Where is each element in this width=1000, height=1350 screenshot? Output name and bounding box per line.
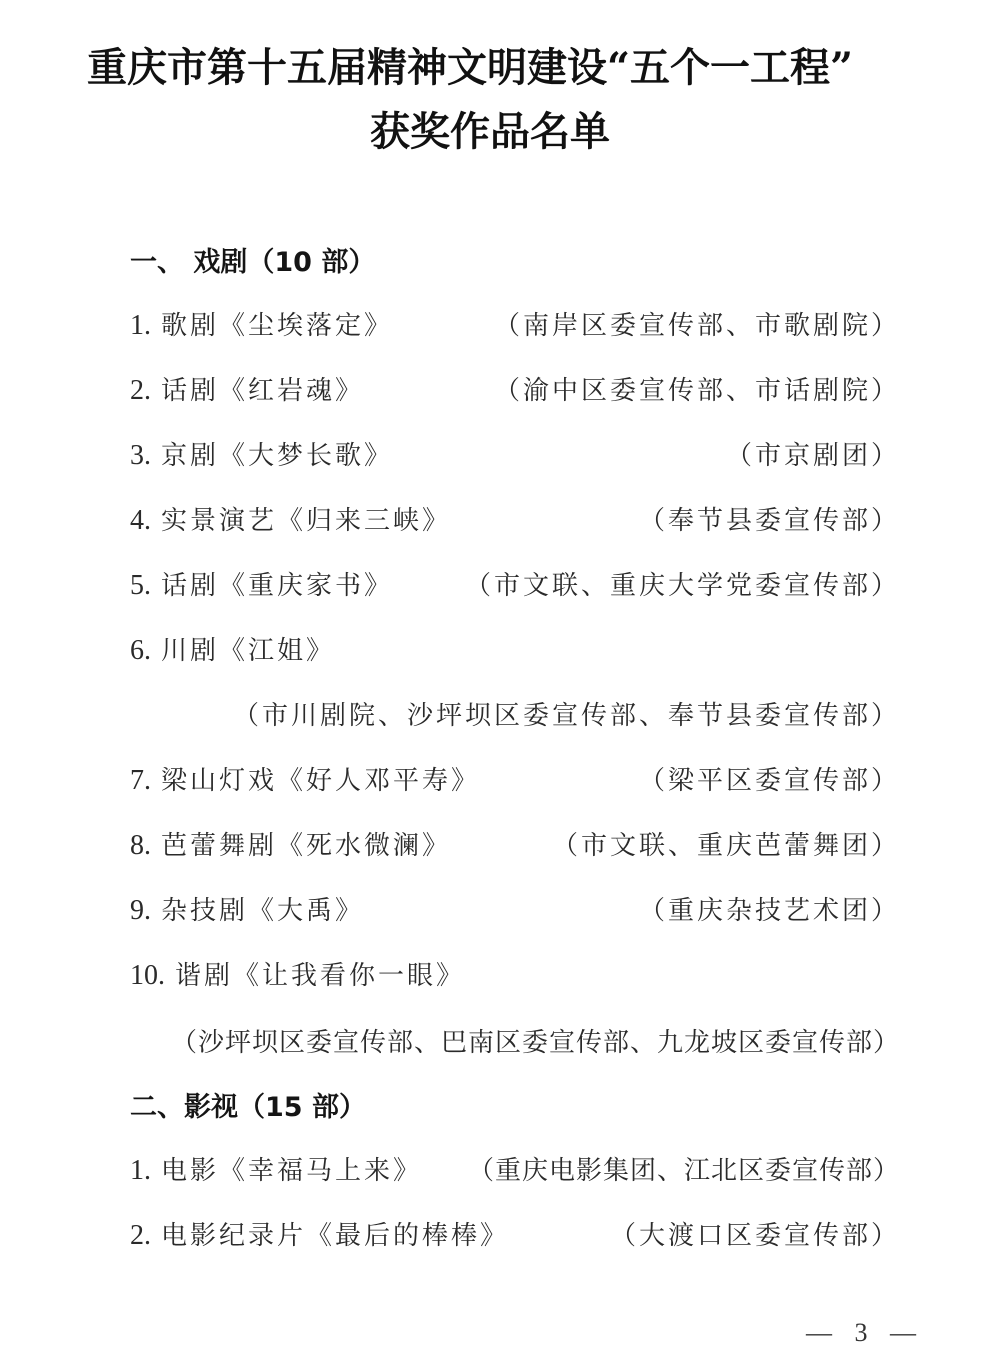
work-title: 电影纪录片《最后的棒棒》 <box>161 1221 509 1251</box>
organization: （奉节县委宣传部） <box>639 500 900 537</box>
organization: （梁平区委宣传部） <box>639 760 900 797</box>
organization: （市川剧院、沙坪坝区委宣传部、奉节县委宣传部） <box>233 695 900 732</box>
list-item: 5.话剧《重庆家书》 （市文联、重庆大学党委宣传部） <box>130 565 900 605</box>
list-item: 2.话剧《红岩魂》 （渝中区委宣传部、市话剧院） <box>130 370 900 410</box>
list-item: 8.芭蕾舞剧《死水微澜》 （市文联、重庆芭蕾舞团） <box>130 825 900 865</box>
list-item: 1.电影《幸福马上来》 （重庆电影集团、江北区委宣传部） <box>130 1150 900 1190</box>
list-item: 2.电影纪录片《最后的棒棒》 （大渡口区委宣传部） <box>130 1215 900 1255</box>
item-number: 1. <box>130 310 151 341</box>
list-item: 6.川剧《江姐》 <box>130 630 900 670</box>
work-title: 京剧《大梦长歌》 <box>161 441 393 471</box>
work-title: 芭蕾舞剧《死水微澜》 <box>161 831 451 861</box>
item-number: 9. <box>130 895 151 926</box>
organization: （重庆杂技艺术团） <box>639 890 900 927</box>
item-number: 3. <box>130 440 151 471</box>
work-title: 杂技剧《大禹》 <box>161 896 364 926</box>
work-title: 川剧《江姐》 <box>161 636 335 666</box>
item-number: 4. <box>130 505 151 536</box>
list-item: 4.实景演艺《归来三峡》 （奉节县委宣传部） <box>130 500 900 540</box>
item-number: 5. <box>130 570 151 601</box>
list-item: 7.梁山灯戏《好人邓平寿》 （梁平区委宣传部） <box>130 760 900 800</box>
organization: （渝中区委宣传部、市话剧院） <box>494 370 900 407</box>
organization: （市文联、重庆大学党委宣传部） <box>465 565 900 602</box>
work-title: 梁山灯戏《好人邓平寿》 <box>161 766 480 796</box>
organization: （重庆电影集团、江北区委宣传部） <box>468 1150 900 1187</box>
item-number: 2. <box>130 1220 151 1251</box>
section-heading-drama: 一、 戏剧（10 部） <box>130 240 375 279</box>
item-number: 1. <box>130 1155 151 1186</box>
work-title: 话剧《红岩魂》 <box>161 376 364 406</box>
organization: （市文联、重庆芭蕾舞团） <box>552 825 900 862</box>
list-item: 10.谐剧《让我看你一眼》 <box>130 955 900 995</box>
list-item: 3.京剧《大梦长歌》 （市京剧团） <box>130 435 900 475</box>
page-number: — 3 — <box>806 1318 924 1348</box>
document-title-line-2: 获奖作品名单 <box>0 100 990 157</box>
work-title: 话剧《重庆家书》 <box>161 571 393 601</box>
item-number: 8. <box>130 830 151 861</box>
item-number: 2. <box>130 375 151 406</box>
organization: （大渡口区委宣传部） <box>610 1215 900 1252</box>
list-item: 1.歌剧《尘埃落定》 （南岸区委宣传部、市歌剧院） <box>130 305 900 345</box>
work-title: 电影《幸福马上来》 <box>161 1156 422 1186</box>
organization: （市京剧团） <box>726 435 900 472</box>
list-item: 9.杂技剧《大禹》 （重庆杂技艺术团） <box>130 890 900 930</box>
section-heading-film-tv: 二、影视（15 部） <box>130 1085 366 1124</box>
organization: （沙坪坝区委宣传部、巴南区委宣传部、九龙坡区委宣传部） <box>171 1022 900 1059</box>
work-title: 实景演艺《归来三峡》 <box>161 506 451 536</box>
work-title: 谐剧《让我看你一眼》 <box>175 961 465 991</box>
document-title-line-1: 重庆市第十五届精神文明建设“五个一工程” <box>0 36 970 93</box>
work-title: 歌剧《尘埃落定》 <box>161 311 393 341</box>
item-number: 7. <box>130 765 151 796</box>
organization: （南岸区委宣传部、市歌剧院） <box>494 305 900 342</box>
item-number: 6. <box>130 635 151 666</box>
item-number: 10. <box>130 960 165 991</box>
